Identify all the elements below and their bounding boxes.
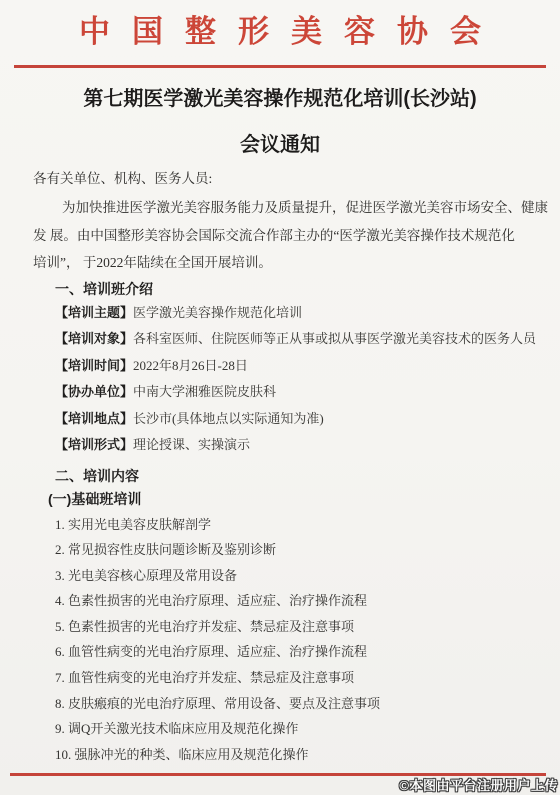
info-value: 中南大学湘雅医院皮肤科 [133, 384, 276, 399]
info-label: 【培训主题】 [55, 305, 133, 320]
course-topic: 3. 光电美容核心原理及常用设备 [55, 563, 552, 589]
section-heading-intro: 一、培训班介绍 [55, 279, 540, 300]
intro-paragraph: 为加快推进医学激光美容服务能力及质量提升，促进医学激光美容市场安全、健康 发 展… [33, 194, 538, 277]
course-topic: 2. 常见损容性皮肤问题诊断及鉴别诊断 [55, 537, 552, 563]
document-page: 中国整形美容协会 第七期医学激光美容操作规范化培训(长沙站) 会议通知 各有关单… [0, 0, 560, 795]
course-topic: 8. 皮肤瘢痕的光电治疗原理、常用设备、要点及注意事项 [55, 691, 552, 717]
salutation: 各有关单位、机构、医务人员: [33, 168, 540, 189]
intro-line: 为加快推进医学激光美容服务能力及质量提升，促进医学激光美容市场安全、健康 [33, 194, 538, 222]
info-value: 2022年8月26日-28日 [133, 358, 248, 373]
info-label: 【培训时间】 [55, 358, 133, 373]
info-value: 理论授课、实操演示 [133, 437, 250, 452]
course-topic: 6. 血管性病变的光电治疗原理、适应症、治疗操作流程 [55, 639, 552, 665]
training-info-list: 【培训主题】医学激光美容操作规范化培训 【培训对象】各科室医师、住院医师等正从事… [55, 300, 552, 459]
training-info-item: 【培训形式】理论授课、实操演示 [55, 432, 552, 459]
course-topic: 4. 色素性损害的光电治疗原理、适应症、治疗操作流程 [55, 588, 552, 614]
info-label: 【培训地点】 [55, 411, 133, 426]
section-heading-content: 二、培训内容 [55, 465, 540, 487]
info-label: 【培训对象】 [55, 331, 133, 346]
info-value: 医学激光美容操作规范化培训 [133, 305, 302, 320]
course-topic: 1. 实用光电美容皮肤解剖学 [55, 512, 552, 538]
info-label: 【协办单位】 [55, 384, 133, 399]
training-info-item: 【培训对象】各科室医师、住院医师等正从事或拟从事医学激光美容技术的医务人员 [55, 326, 552, 353]
intro-line: 培训”， 于2022年陆续在全国开展培训。 [33, 249, 538, 277]
subsection-heading-basic-class: (一)基础班培训 [48, 487, 540, 511]
info-label: 【培训形式】 [55, 437, 133, 452]
info-value: 长沙市(具体地点以实际通知为准) [133, 411, 324, 426]
course-topic: 5. 色素性损害的光电治疗并发症、禁忌症及注意事项 [55, 614, 552, 640]
course-topic: 10. 强脉冲光的种类、临床应用及规范化操作 [55, 742, 552, 768]
document-title: 第七期医学激光美容操作规范化培训(长沙站) [0, 87, 560, 112]
uploader-watermark: ©本图由平台注册用户上传 [399, 775, 558, 794]
course-topic: 7. 血管性病变的光电治疗并发症、禁忌症及注意事项 [55, 665, 552, 691]
org-title: 中国整形美容协会 [0, 0, 560, 53]
header-divider [14, 65, 546, 68]
training-info-item: 【培训主题】医学激光美容操作规范化培训 [55, 300, 552, 327]
training-info-item: 【培训地点】长沙市(具体地点以实际通知为准) [55, 406, 552, 433]
info-value: 各科室医师、住院医师等正从事或拟从事医学激光美容技术的医务人员 [133, 331, 536, 346]
training-info-item: 【协办单位】中南大学湘雅医院皮肤科 [55, 379, 552, 406]
document-subtitle: 会议通知 [0, 133, 560, 158]
course-topic-list: 1. 实用光电美容皮肤解剖学 2. 常见损容性皮肤问题诊断及鉴别诊断 3. 光电… [55, 512, 552, 768]
course-topic: 9. 调Q开关激光技术临床应用及规范化操作 [55, 716, 552, 742]
intro-line: 发 展。由中国整形美容协会国际交流合作部主办的“医学激光美容操作技术规范化 [33, 222, 538, 250]
training-info-item: 【培训时间】2022年8月26日-28日 [55, 353, 552, 380]
